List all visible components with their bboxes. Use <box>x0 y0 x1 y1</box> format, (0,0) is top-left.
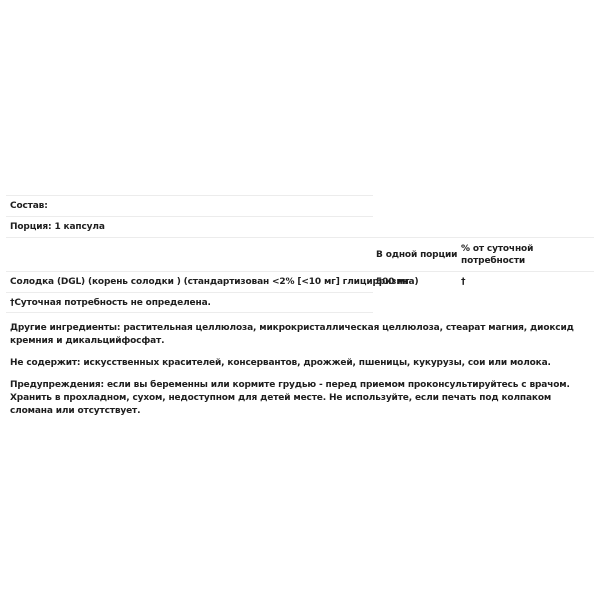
column-header-daily-value: % от суточной потребности <box>461 243 551 267</box>
column-header-amount: В одной порции <box>376 250 457 261</box>
ingredient-daily-value: † <box>461 272 465 292</box>
supplement-facts-table: Состав: Порция: 1 капсула В одной порции… <box>6 195 594 313</box>
facts-title-row: Состав: <box>6 195 373 216</box>
other-ingredients: Другие ингредиенты: растительная целлюло… <box>10 322 590 348</box>
warnings: Предупреждения: если вы беременны или ко… <box>10 379 590 418</box>
serving-size: Порция: 1 капсула <box>6 217 373 237</box>
product-notes: Другие ингредиенты: растительная целлюло… <box>10 322 590 427</box>
facts-title: Состав: <box>6 196 373 216</box>
ingredient-row: Солодка (DGL) (корень солодки ) (стандар… <box>6 271 594 292</box>
column-header-row: В одной порции % от суточной потребности <box>6 237 594 271</box>
ingredient-name: Солодка (DGL) (корень солодки ) (стандар… <box>6 272 594 292</box>
free-of-statement: Не содержит: искусственных красителей, к… <box>10 357 590 370</box>
serving-size-row: Порция: 1 капсула <box>6 216 373 237</box>
ingredient-amount: 500 мг <box>376 272 409 292</box>
footnote-row: †Суточная потребность не определена. <box>6 292 373 313</box>
footnote: †Суточная потребность не определена. <box>6 293 373 313</box>
